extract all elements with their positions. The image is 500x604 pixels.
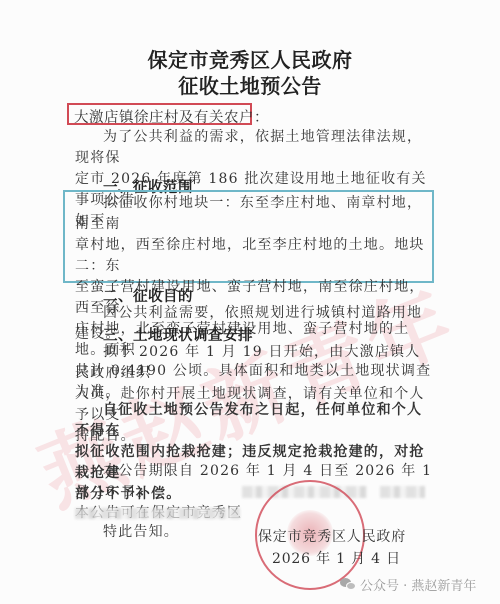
document-title-line2: 征收土地预公告 [0,70,500,99]
footer-text: 公众号 · 燕赵新青年 [360,575,476,594]
redacted-text [380,486,425,498]
signature: 保定市竞秀区人民政府 [258,526,406,546]
document-date: 2026 年 1 月 4 日 [272,548,401,568]
survey-line: 拟于 2026 年 1 月 19 日开始，由大激店镇人民政府组织 [75,344,420,381]
closing-line: 特此告知。 [103,524,179,540]
intro-line: 为了公共利益的需求，依据土地管理法律法规，现将保 [75,129,422,166]
scope-line: 章村地，西至徐庄村地，北至李庄村地的土地。地块二：东 [75,235,435,277]
redacted-text [75,508,240,519]
wechat-icon [340,578,356,591]
document-page: 燕赵新青年 保定市竞秀区人民政府 征收土地预公告 大激店镇徐庄村及有关农户： 为… [0,0,500,604]
addressee: 大激店镇徐庄村及有关农户： [74,106,269,127]
source-footer: 公众号 · 燕赵新青年 [340,575,476,594]
scope-line: 拟征收你村地块一：东至李庄村地、南章村地，南至南 [75,195,422,232]
document-title-line1: 保定市竞秀区人民政府 [0,44,500,73]
prohibition-line: 自征收土地预公告发布之日起，任何单位和个人不得在 [75,402,422,439]
